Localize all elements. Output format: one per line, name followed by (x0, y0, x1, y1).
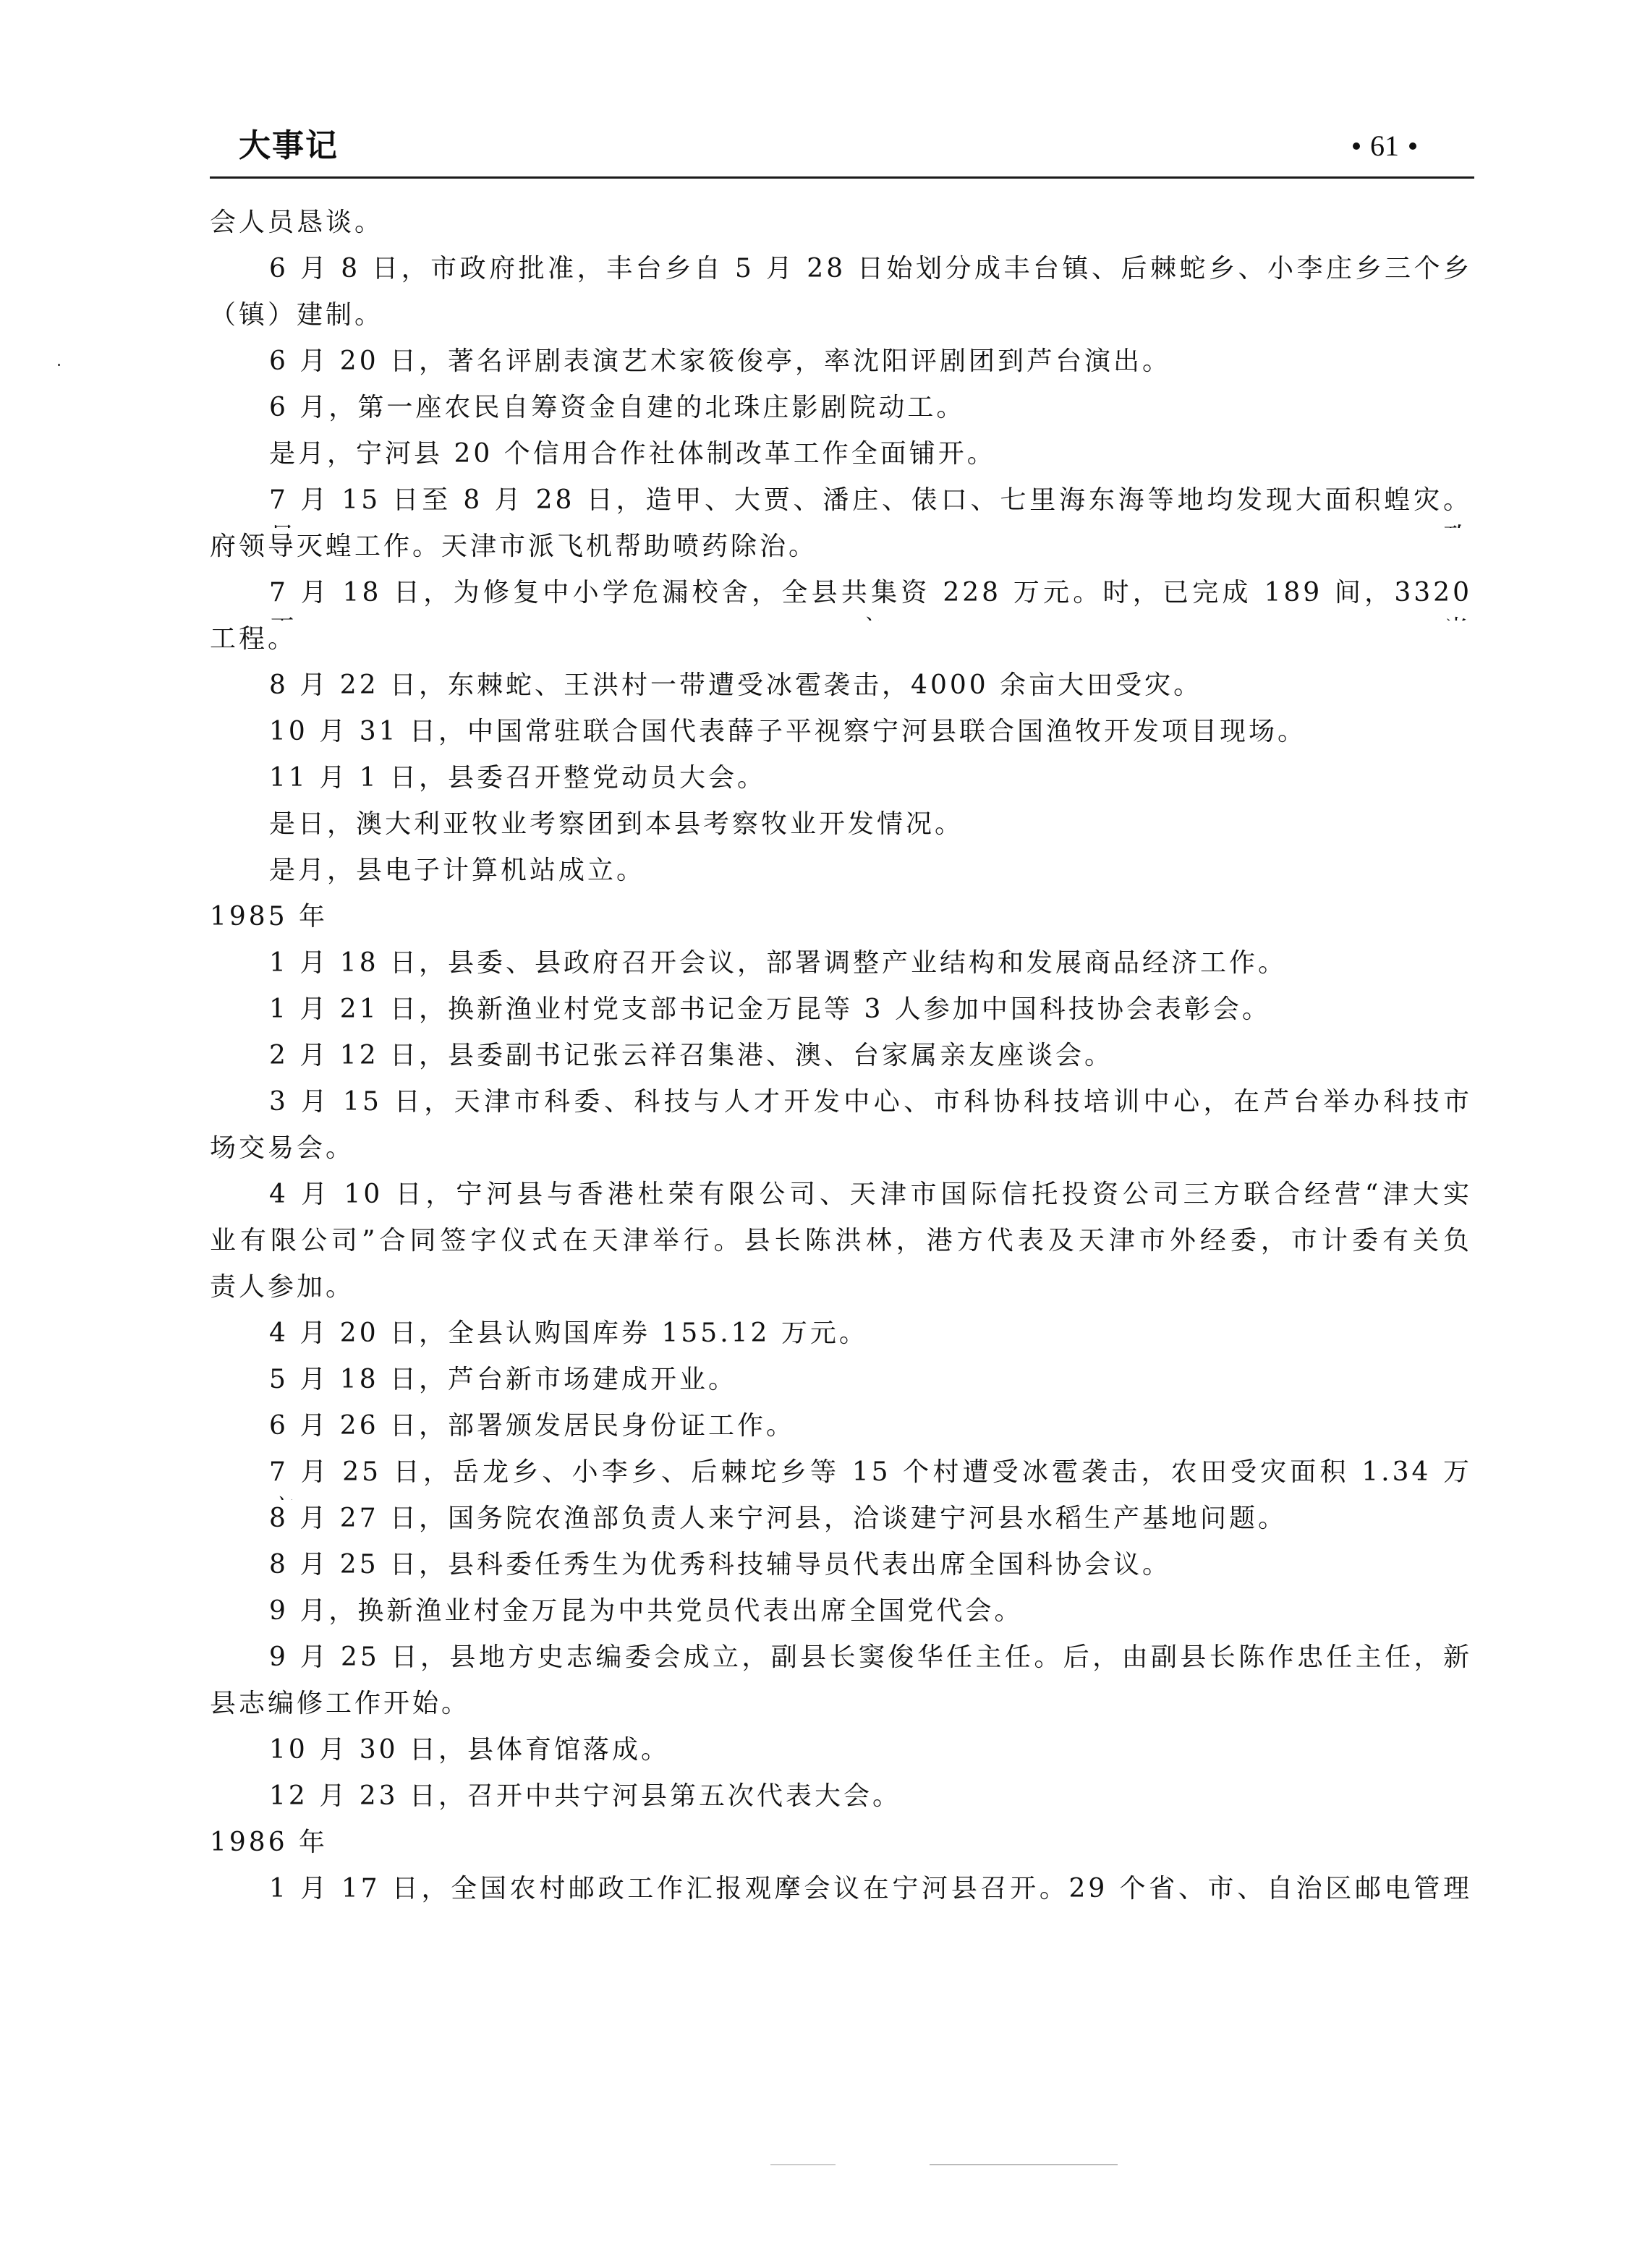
text-line: 9 月，换新渔业村金万昆为中共党员代表出席全国党代会。 (210, 1593, 1472, 1639)
text-line: 5 月 18 日，芦台新市场建成开业。 (210, 1361, 1472, 1407)
text-line: 10 月 31 日，中国常驻联合国代表薛子平视察宁河县联合国渔牧开发项目现场。 (210, 713, 1472, 759)
text-line: 工程。 (210, 621, 1472, 667)
text-line: 业有限公司”合同签字仪式在天津举行。县长陈洪林，港方代表及天津市外经委，市计委有… (210, 1222, 1472, 1269)
text-line: 场交易会。 (210, 1130, 1472, 1176)
text-line: 3 月 15 日，天津市科委、科技与人才开发中心、市科协科技培训中心，在芦台举办… (210, 1083, 1472, 1130)
chronicle-body: 会人员恳谈。6 月 8 日，市政府批准，丰台乡自 5 月 28 日始划分成丰台镇… (210, 204, 1472, 1917)
text-line: 4 月 20 日，全县认购国库券 155.12 万元。 (210, 1315, 1472, 1361)
bullet-dot-icon (1409, 142, 1416, 150)
text-line: 12 月 23 日，召开中共宁河县第五次代表大会。 (210, 1778, 1472, 1824)
text-line: 10 月 30 日，县体育馆落成。 (210, 1731, 1472, 1778)
text-line: 6 月 26 日，部署颁发居民身份证工作。 (210, 1407, 1472, 1454)
text-line: 1 月 21 日，换新渔业村党支部书记金万昆等 3 人参加中国科技协会表彰会。 (210, 991, 1472, 1037)
text-line: 责人参加。 (210, 1269, 1472, 1315)
scan-speck (58, 364, 60, 366)
running-head-title: 大事记 (239, 124, 339, 168)
book-page: 大事记 61 会人员恳谈。6 月 8 日，市政府批准，丰台乡自 5 月 28 日… (0, 0, 1645, 2268)
scan-speck (770, 2164, 836, 2165)
text-line: 4 月 10 日，宁河县与香港杜荣有限公司、天津市国际信托投资公司三方联合经营“… (210, 1176, 1472, 1222)
text-line: 6 月 8 日，市政府批准，丰台乡自 5 月 28 日始划分成丰台镇、后棘蛇乡、… (210, 250, 1472, 297)
page-number: 61 (1353, 124, 1440, 168)
bullet-dot-icon (1353, 142, 1360, 150)
text-line: 9 月 25 日，县地方史志编委会成立，副县长窦俊华任主任。后，由副县长陈作忠任… (210, 1639, 1472, 1685)
text-line: 7 月 25 日，岳龙乡、小李乡、后棘坨乡等 15 个村遭受冰雹袭击，农田受灾面… (210, 1454, 1472, 1500)
text-line: 是月，宁河县 20 个信用合作社体制改革工作全面铺开。 (210, 435, 1472, 482)
text-line: 会人员恳谈。 (210, 204, 1472, 250)
text-line: 8 月 27 日，国务院农渔部负责人来宁河县，洽谈建宁河县水稻生产基地问题。 (210, 1500, 1472, 1546)
text-line: 6 月，第一座农民自筹资金自建的北珠庄影剧院动工。 (210, 389, 1472, 435)
year-heading: 1986 年 (210, 1824, 1472, 1870)
text-line: 7 月 18 日，为修复中小学危漏校舍，全县共集资 228 万元。时，已完成 1… (210, 574, 1472, 621)
text-line: 8 月 22 日，东棘蛇、王洪村一带遭受冰雹袭击，4000 余亩大田受灾。 (210, 667, 1472, 713)
header-rule (210, 176, 1474, 179)
text-line: 是月，县电子计算机站成立。 (210, 852, 1472, 898)
scan-speck (930, 2164, 1118, 2165)
text-line: 1 月 17 日，全国农村邮政工作汇报观摩会议在宁河县召开。29 个省、市、自治… (210, 1870, 1472, 1917)
text-line: 县志编修工作开始。 (210, 1685, 1472, 1731)
text-line: 11 月 1 日，县委召开整党动员大会。 (210, 759, 1472, 806)
text-line: 7 月 15 日至 8 月 28 日，造甲、大贾、潘庄、俵口、七里海东海等地均发… (210, 482, 1472, 528)
text-line: （镇）建制。 (210, 297, 1472, 343)
text-line: 8 月 25 日，县科委任秀生为优秀科技辅导员代表出席全国科协会议。 (210, 1546, 1472, 1593)
text-line: 6 月 20 日，著名评剧表演艺术家筱俊亭，率沈阳评剧团到芦台演出。 (210, 343, 1472, 389)
text-line: 府领导灭蝗工作。天津市派飞机帮助喷药除治。 (210, 528, 1472, 574)
text-line: 2 月 12 日，县委副书记张云祥召集港、澳、台家属亲友座谈会。 (210, 1037, 1472, 1083)
text-line: 是日，澳大利亚牧业考察团到本县考察牧业开发情况。 (210, 806, 1472, 852)
text-line: 1 月 18 日，县委、县政府召开会议，部署调整产业结构和发展商品经济工作。 (210, 945, 1472, 991)
year-heading: 1985 年 (210, 898, 1472, 945)
page-number-value: 61 (1370, 124, 1399, 168)
